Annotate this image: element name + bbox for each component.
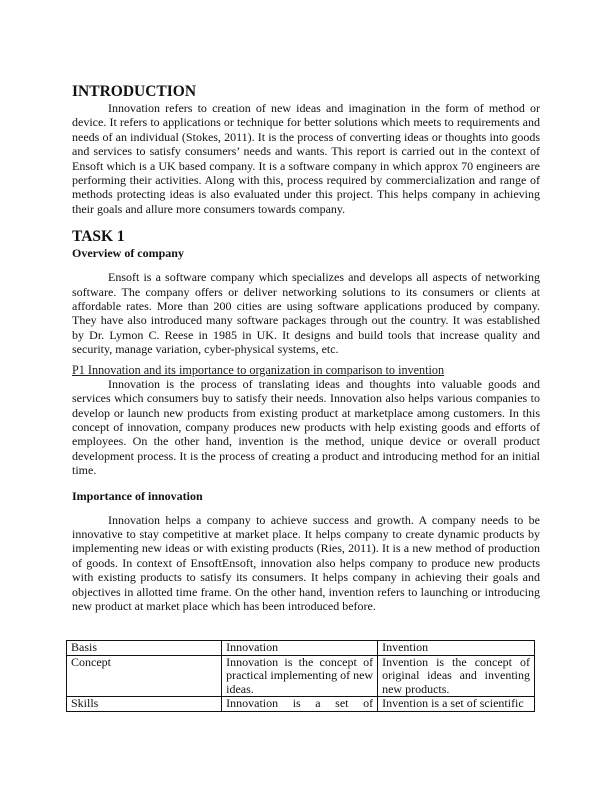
document-page: INTRODUCTION Innovation refers to creati…	[72, 83, 540, 613]
table-row: Concept Innovation is the concept of pra…	[67, 655, 535, 697]
task1-heading: TASK 1	[72, 228, 540, 246]
introduction-heading: INTRODUCTION	[72, 83, 540, 101]
table-cell-text: Invention is a set of scientific	[382, 697, 530, 711]
table-cell-basis: Skills	[67, 697, 222, 712]
table-header-innovation: Innovation	[222, 641, 378, 656]
overview-paragraph: Ensoft is a software company which speci…	[72, 270, 540, 356]
table-cell-basis: Concept	[67, 655, 222, 697]
table-cell-invention: Invention is the concept of original ide…	[378, 655, 535, 697]
importance-heading: Importance of innovation	[72, 489, 540, 504]
table-header-invention: Invention	[378, 641, 535, 656]
table-row: Skills Innovationisasetof Invention is a…	[67, 697, 535, 712]
table-header-basis: Basis	[67, 641, 222, 656]
importance-paragraph: Innovation helps a company to achieve su…	[72, 513, 540, 614]
table-header-row: Basis Innovation Invention	[67, 641, 535, 656]
introduction-paragraph: Innovation refers to creation of new ide…	[72, 101, 540, 216]
table-cell-text: Skills	[71, 697, 217, 711]
table-cell-innovation: Innovation is the concept of practical i…	[222, 655, 378, 697]
innovation-invention-table: Basis Innovation Invention Concept Innov…	[66, 640, 535, 712]
p1-paragraph: Innovation is the process of translating…	[72, 377, 540, 478]
table-cell-invention: Invention is a set of scientific	[378, 697, 535, 712]
p1-heading: P1 Innovation and its importance to orga…	[72, 363, 540, 377]
table-cell-innovation: Innovationisasetof	[222, 697, 378, 712]
overview-heading: Overview of company	[72, 246, 540, 261]
table-cell-text: Innovationisasetof	[226, 697, 373, 711]
